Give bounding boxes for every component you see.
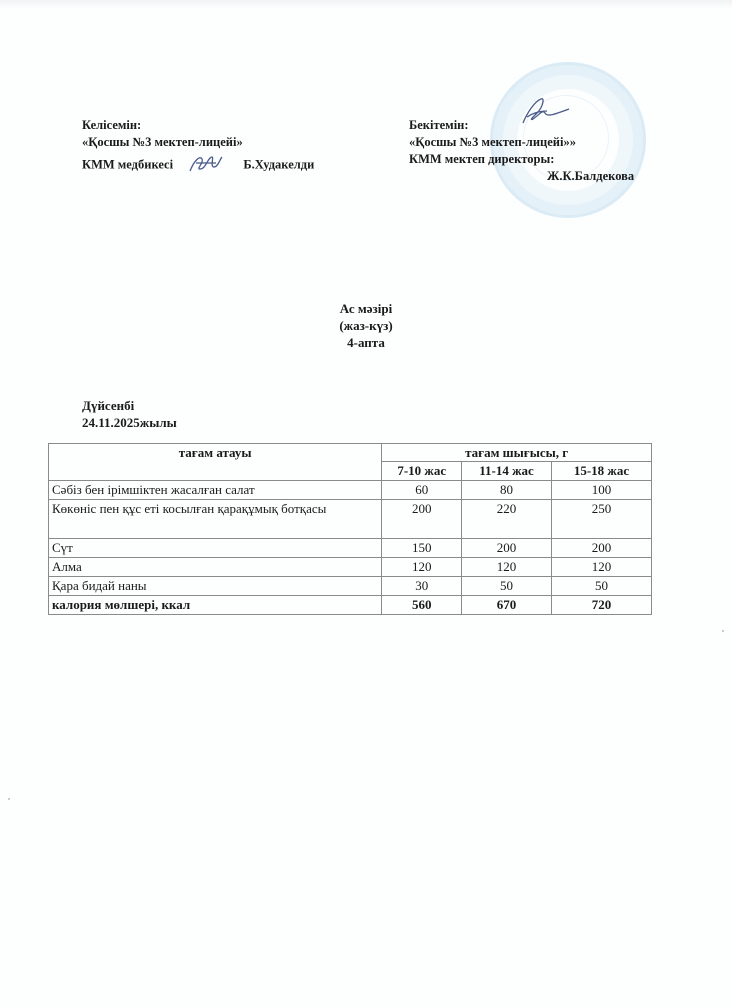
scan-edge — [0, 0, 732, 8]
title-line-season: (жаз-күз) — [0, 317, 732, 334]
signature-icon — [186, 151, 226, 180]
total-value: 560 — [382, 596, 462, 615]
table-row: Көкөніс пен құс еті косылған қарақұмық б… — [49, 500, 652, 539]
signature-icon — [517, 95, 573, 134]
header-age-group: 15-18 жас — [551, 462, 651, 481]
date: 24.11.2025жылы — [82, 414, 177, 431]
title-line-menu: Ас мәзірі — [0, 300, 732, 317]
table-row: Алма 120 120 120 — [49, 558, 652, 577]
header-age-group: 11-14 жас — [462, 462, 552, 481]
weekday: Дүйсенбі — [82, 397, 177, 414]
scan-speck — [722, 630, 724, 632]
day-heading: Дүйсенбі 24.11.2025жылы — [82, 397, 177, 431]
total-value: 720 — [551, 596, 651, 615]
approval-position: КММ мектеп директоры: — [409, 151, 634, 168]
table-row: Сүт 150 200 200 — [49, 539, 652, 558]
approval-label: Бекітемін: — [409, 117, 634, 134]
portion-value: 50 — [462, 577, 552, 596]
approval-signer-line: КММ медбикесі Б.Худакелди — [82, 151, 314, 180]
portion-value: 120 — [462, 558, 552, 577]
title-line-week: 4-апта — [0, 334, 732, 351]
scan-speck — [8, 798, 10, 800]
portion-value: 200 — [551, 539, 651, 558]
header-age-group: 7-10 жас — [382, 462, 462, 481]
approval-organization: «Қосшы №3 мектеп-лицейі» — [82, 134, 314, 151]
dish-name: Сәбіз бен ірімшіктен жасалған салат — [49, 481, 382, 500]
portion-value: 250 — [551, 500, 651, 539]
approval-signer-name: Ж.К.Балдекова — [409, 168, 634, 185]
portion-value: 150 — [382, 539, 462, 558]
total-label: калория мөлшері, ккал — [49, 596, 382, 615]
portion-value: 30 — [382, 577, 462, 596]
portion-value: 60 — [382, 481, 462, 500]
portion-value: 220 — [462, 500, 552, 539]
approval-block-director: Бекітемін: «Қосшы №3 мектеп-лицейі»» КММ… — [409, 117, 634, 185]
header-dish-name: тағам атауы — [49, 444, 382, 481]
dish-name: Алма — [49, 558, 382, 577]
approval-signer-name: Б.Худакелди — [243, 157, 314, 171]
portion-value: 120 — [551, 558, 651, 577]
table-row: Қара бидай наны 30 50 50 — [49, 577, 652, 596]
menu-table: тағам атауы тағам шығысы, г 7-10 жас 11-… — [48, 443, 652, 615]
document-title: Ас мәзірі (жаз-күз) 4-апта — [0, 300, 732, 351]
table-row: Сәбіз бен ірімшіктен жасалған салат 60 8… — [49, 481, 652, 500]
total-value: 670 — [462, 596, 552, 615]
dish-name: Қара бидай наны — [49, 577, 382, 596]
portion-value: 100 — [551, 481, 651, 500]
approval-label: Келісемін: — [82, 117, 314, 134]
approval-block-nurse: Келісемін: «Қосшы №3 мектеп-лицейі» КММ … — [82, 117, 314, 180]
header-output: тағам шығысы, г — [382, 444, 652, 462]
table-header-row: тағам атауы тағам шығысы, г — [49, 444, 652, 462]
portion-value: 50 — [551, 577, 651, 596]
dish-name: Сүт — [49, 539, 382, 558]
table-total-row: калория мөлшері, ккал 560 670 720 — [49, 596, 652, 615]
portion-value: 120 — [382, 558, 462, 577]
portion-value: 200 — [462, 539, 552, 558]
portion-value: 80 — [462, 481, 552, 500]
dish-name: Көкөніс пен құс еті косылған қарақұмық б… — [49, 500, 382, 539]
approval-position: КММ медбикесі — [82, 157, 173, 171]
approval-organization: «Қосшы №3 мектеп-лицейі»» — [409, 134, 634, 151]
portion-value: 200 — [382, 500, 462, 539]
